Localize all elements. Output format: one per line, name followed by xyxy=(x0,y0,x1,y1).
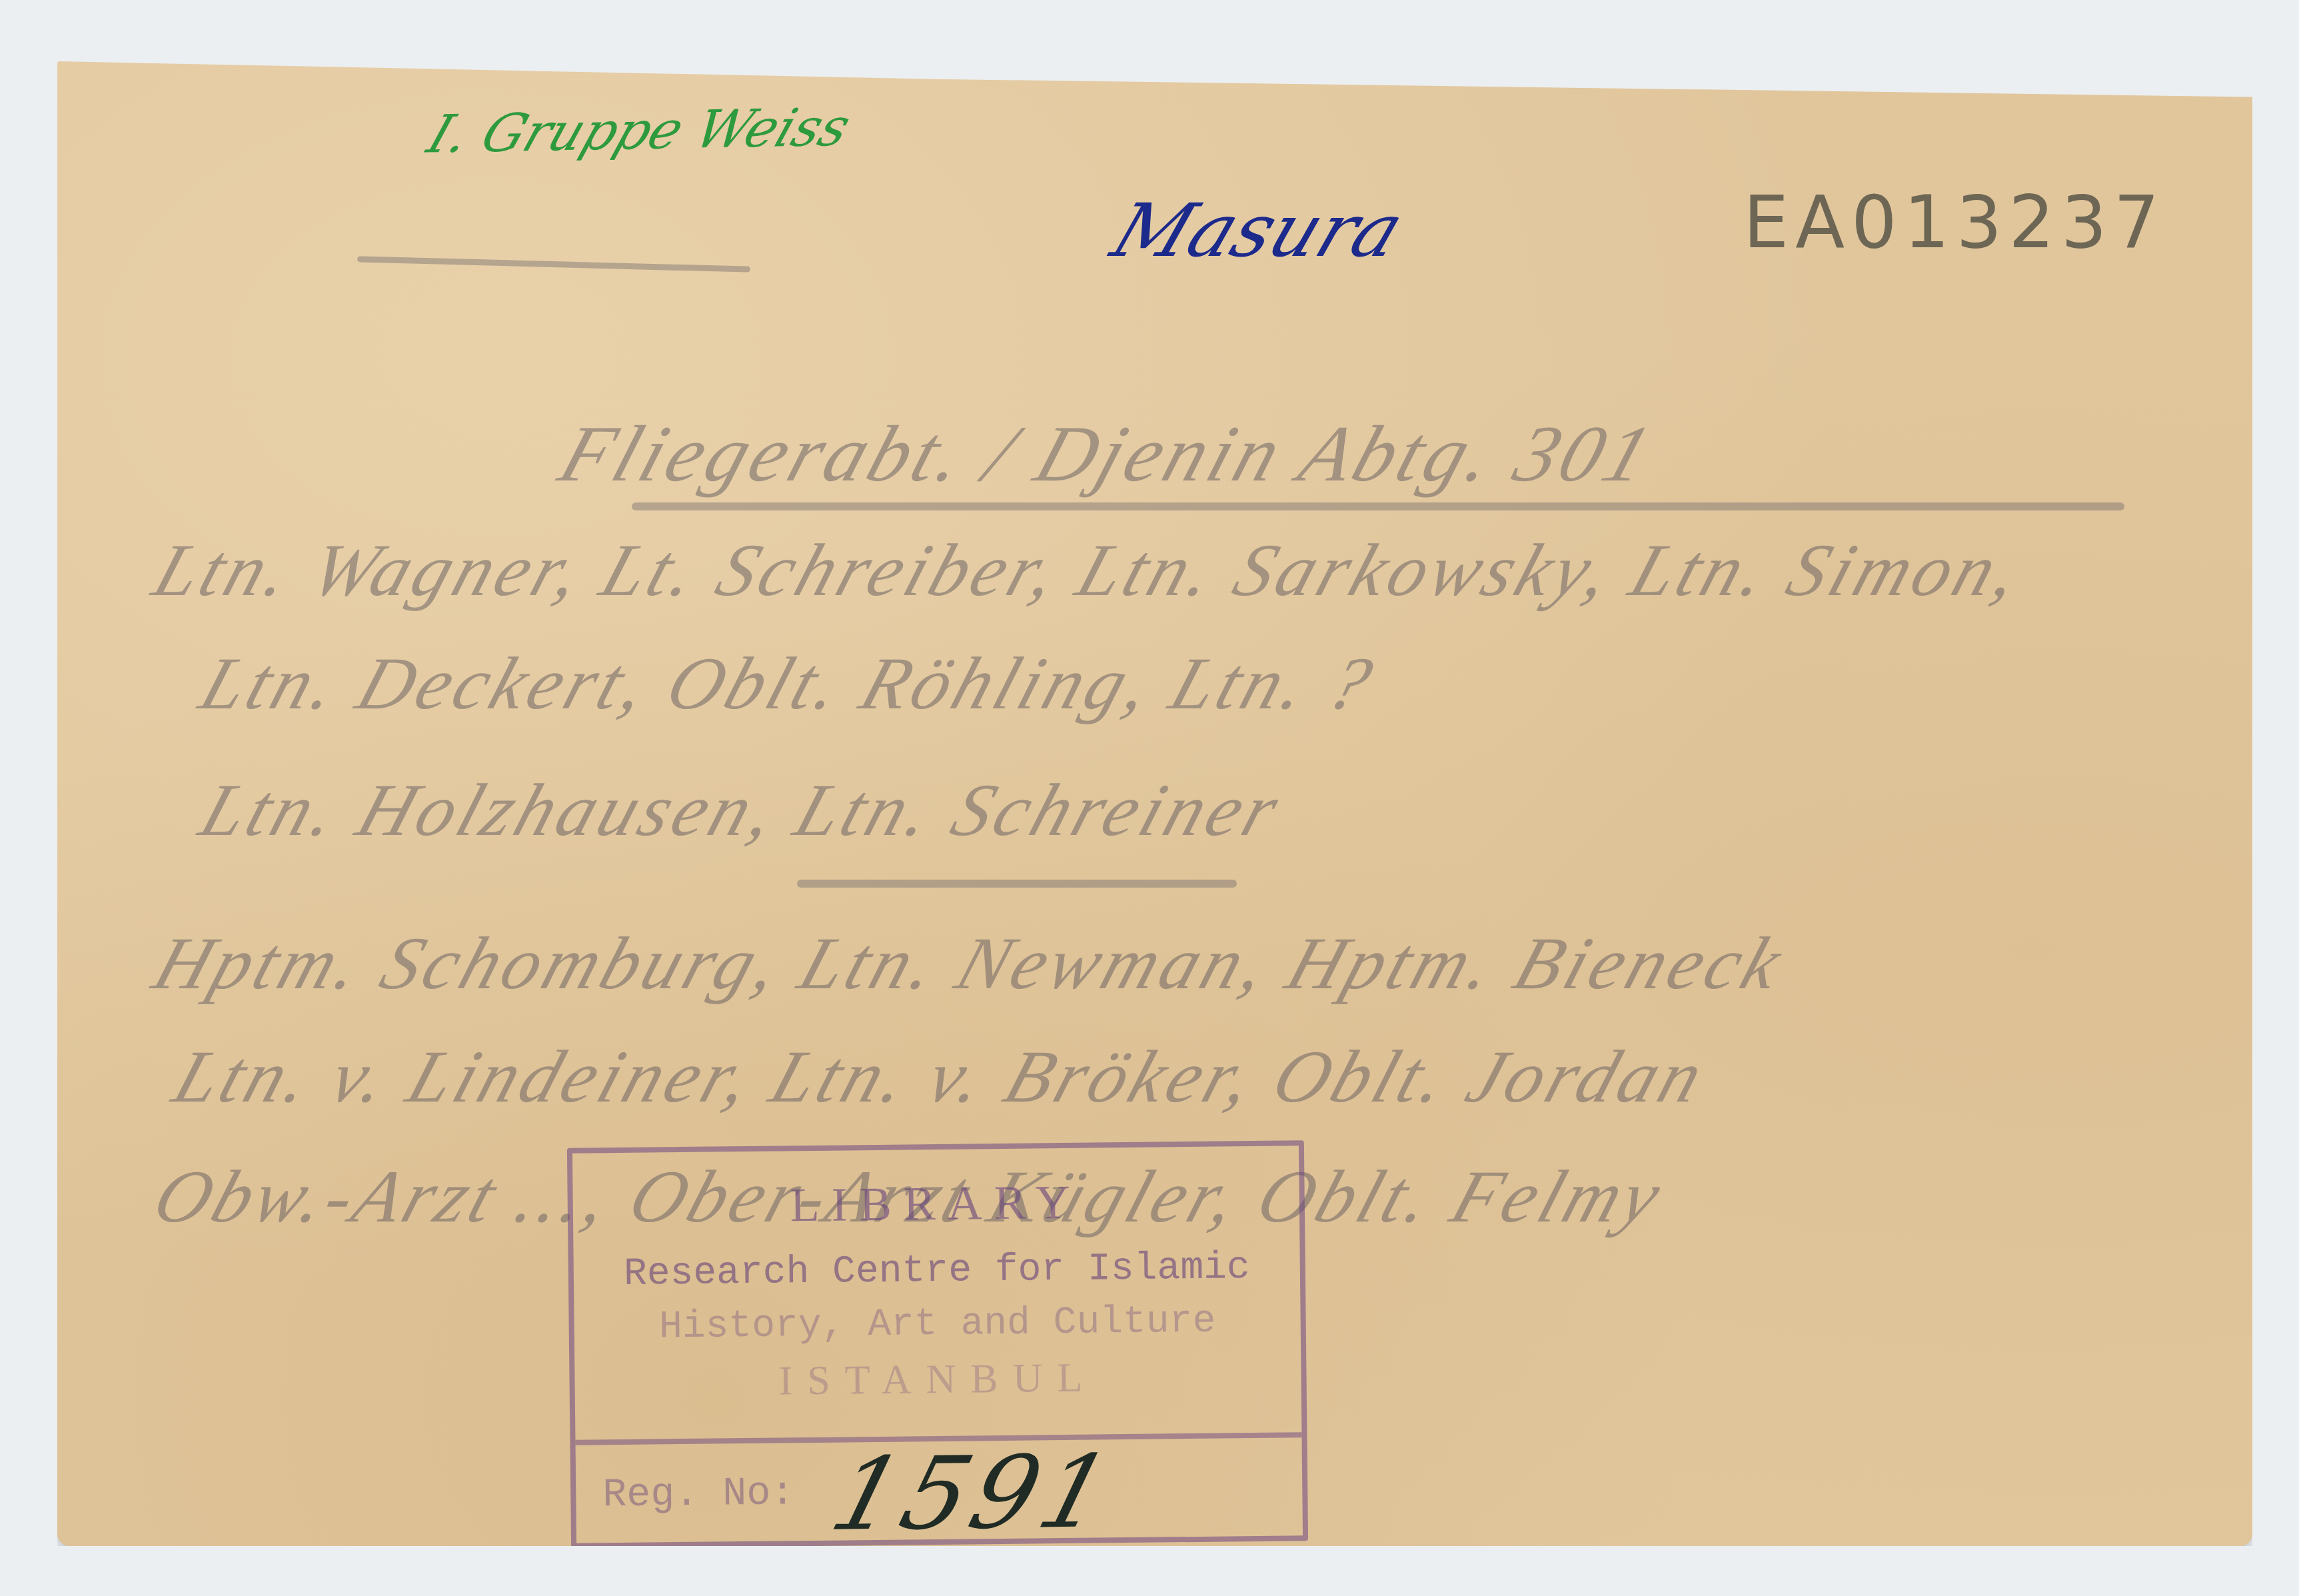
caption-title: Fliegerabt. / Djenin Abtg. 301 xyxy=(549,408,1666,500)
stamp-reg-label: Reg. No: xyxy=(602,1471,795,1518)
title-underline xyxy=(632,502,2124,510)
divider-line-middle xyxy=(797,880,1237,888)
stamp-header-block: LIBRARY Research Centre for Islamic Hist… xyxy=(572,1146,1302,1445)
green-ink-annotation: I. Gruppe Weiss xyxy=(420,97,858,165)
names-line-4: Hptm. Schomburg, Ltn. Newman, Hptm. Bien… xyxy=(143,921,1795,1007)
photo-card-reverse: I. Gruppe Weiss Masura EA013237 Fliegera… xyxy=(57,61,2252,1546)
names-line-2: Ltn. Deckert, Oblt. Röhling, Ltn. ? xyxy=(190,641,1386,727)
blue-ink-annotation: Masura xyxy=(1102,188,1415,273)
stamp-line-2: History, Art and Culture xyxy=(574,1299,1301,1349)
stamp-reg-number: 1591 xyxy=(820,1434,1128,1553)
library-stamp: LIBRARY Research Centre for Islamic Hist… xyxy=(567,1140,1308,1549)
divider-line-top xyxy=(357,256,750,272)
stamp-heading: LIBRARY xyxy=(572,1172,1299,1235)
stamp-line-1: Research Centre for Islamic xyxy=(574,1245,1301,1296)
stamp-line-3: ISTANBUL xyxy=(574,1352,1301,1407)
archive-id: EA013237 xyxy=(1743,181,2166,265)
names-line-5: Ltn. v. Lindeiner, Ltn. v. Bröker, Oblt.… xyxy=(163,1034,1717,1120)
names-line-1: Ltn. Wagner, Lt. Schreiber, Ltn. Sarkows… xyxy=(143,528,2034,614)
names-line-3: Ltn. Holzhausen, Ltn. Schreiner xyxy=(190,768,1293,854)
scanned-document: I. Gruppe Weiss Masura EA013237 Fliegera… xyxy=(0,0,2299,1596)
